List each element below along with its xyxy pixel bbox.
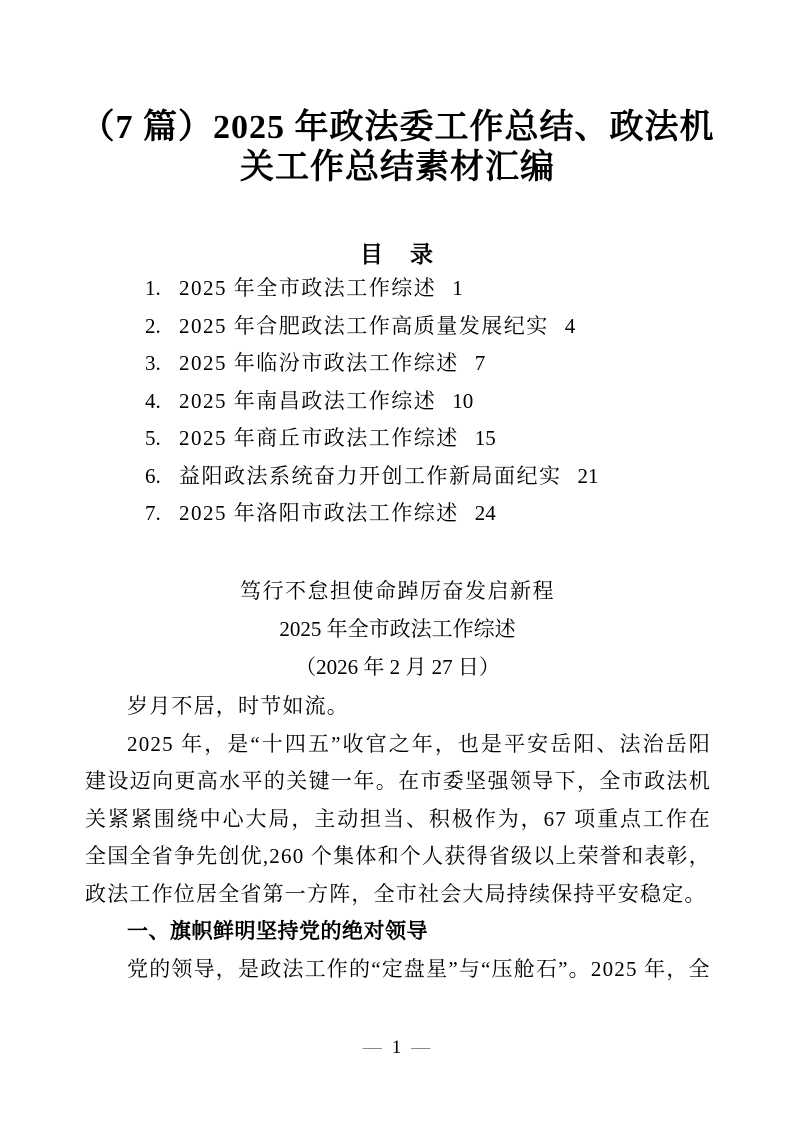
toc-item-label: 2025 年全市政法工作综述 (179, 276, 436, 300)
page-footer: —1— (0, 1036, 793, 1060)
section-heading: 一、旗帜鲜明坚持党的绝对领导 (85, 913, 711, 951)
toc-item-number: 2. (145, 308, 179, 346)
document-page: （7 篇）2025 年政法委工作总结、政法机 关工作总结素材汇编 目 录 1.2… (0, 0, 793, 1122)
toc-item-number: 5. (145, 420, 179, 458)
toc-item: 6.益阳政法系统奋力开创工作新局面纪实21 (145, 458, 708, 496)
toc-item-page: 10 (452, 389, 473, 413)
body-paragraph: 2025 年，是“十四五”收官之年，也是平安岳阳、法治岳阳建设迈向更高水平的关键… (85, 726, 711, 914)
toc-item-label: 2025 年商丘市政法工作综述 (179, 426, 459, 450)
article-body: 岁月不居，时节如流。 2025 年，是“十四五”收官之年，也是平安岳阳、法治岳阳… (85, 688, 711, 988)
toc-item-number: 6. (145, 458, 179, 496)
footer-page-number: 1 (392, 1037, 402, 1058)
article-title: 2025 年全市政法工作综述 (85, 610, 710, 648)
toc-item-label: 益阳政法系统奋力开创工作新局面纪实 (179, 464, 562, 488)
toc-item-number: 7. (145, 495, 179, 533)
toc-item: 7.2025 年洛阳市政法工作综述24 (145, 495, 708, 533)
toc-item-label: 2025 年合肥政法工作高质量发展纪实 (179, 314, 549, 338)
toc-item-page: 15 (475, 426, 496, 450)
document-title-line1: （7 篇）2025 年政法委工作总结、政法机 (80, 108, 715, 148)
body-paragraph: 党的领导，是政法工作的“定盘星”与“压舱石”。2025 年，全 (85, 951, 711, 989)
toc-heading: 目 录 (85, 236, 710, 269)
toc-item-page: 1 (452, 276, 463, 300)
toc-item-page: 24 (475, 501, 496, 525)
toc-item-number: 1. (145, 270, 179, 308)
body-paragraph: 岁月不居，时节如流。 (85, 688, 711, 726)
article-header: 笃行不怠担使命踔厉奋发启新程 2025 年全市政法工作综述 （2026 年 2 … (85, 572, 710, 686)
document-title: （7 篇）2025 年政法委工作总结、政法机 关工作总结素材汇编 (80, 108, 715, 188)
toc-item-page: 4 (565, 314, 576, 338)
toc-item-label: 2025 年洛阳市政法工作综述 (179, 501, 459, 525)
toc-item-label: 2025 年南昌政法工作综述 (179, 389, 436, 413)
document-title-line2: 关工作总结素材汇编 (80, 148, 715, 188)
toc-item: 1.2025 年全市政法工作综述1 (145, 270, 708, 308)
article-date: （2026 年 2 月 27 日） (85, 648, 710, 686)
footer-dash-left: — (353, 1037, 392, 1058)
toc-item-number: 4. (145, 383, 179, 421)
toc-list: 1.2025 年全市政法工作综述1 2.2025 年合肥政法工作高质量发展纪实4… (145, 270, 708, 533)
toc-item: 3.2025 年临汾市政法工作综述7 (145, 345, 708, 383)
toc-item-page: 21 (578, 464, 599, 488)
footer-dash-right: — (401, 1037, 440, 1058)
toc-item-label: 2025 年临汾市政法工作综述 (179, 351, 459, 375)
article-subtitle: 笃行不怠担使命踔厉奋发启新程 (85, 572, 710, 610)
toc-item: 2.2025 年合肥政法工作高质量发展纪实4 (145, 308, 708, 346)
toc-item: 4.2025 年南昌政法工作综述10 (145, 383, 708, 421)
toc-item-page: 7 (475, 351, 486, 375)
toc-item: 5.2025 年商丘市政法工作综述15 (145, 420, 708, 458)
toc-item-number: 3. (145, 345, 179, 383)
